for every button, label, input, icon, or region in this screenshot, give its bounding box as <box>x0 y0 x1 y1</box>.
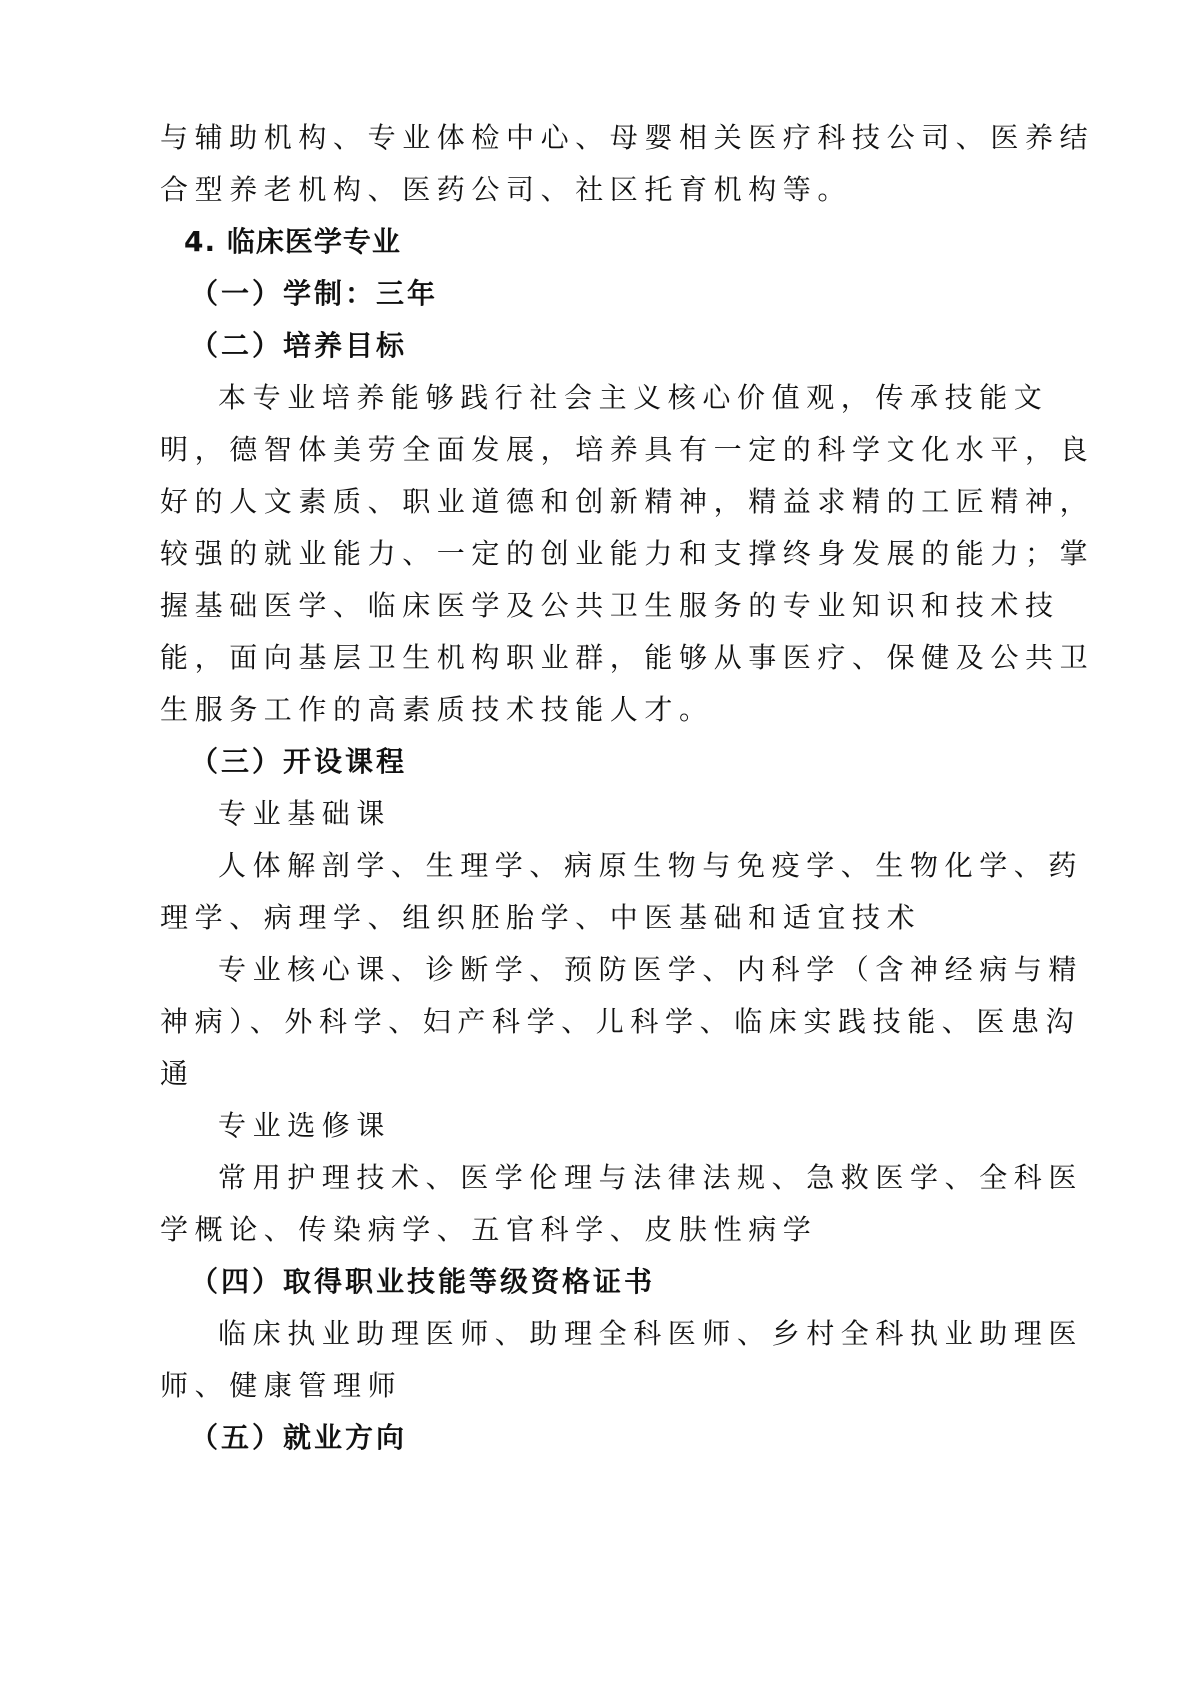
paragraph-line: 生服务工作的高素质技术技能人才。 <box>160 690 960 730</box>
course-list-line: 神病）、外科学、妇产科学、儿科学、临床实践技能、医患沟 <box>160 1002 960 1042</box>
subsection-heading-certificates: （四）取得职业技能等级资格证书 <box>190 1262 990 1302</box>
continuation-line: 合型养老机构、医药公司、社区托育机构等。 <box>160 170 960 210</box>
continuation-line: 与辅助机构、专业体检中心、母婴相关医疗科技公司、医养结 <box>160 118 960 158</box>
section-title: 4. 临床医学专业 <box>184 222 984 262</box>
course-list-line: 通 <box>160 1054 960 1094</box>
paragraph-line: 能，面向基层卫生机构职业群，能够从事医疗、保健及公共卫 <box>160 638 960 678</box>
paragraph-line: 明，德智体美劳全面发展，培养具有一定的科学文化水平，良 <box>160 430 960 470</box>
course-list-line: 常用护理技术、医学伦理与法律法规、急救医学、全科医 <box>218 1158 1018 1198</box>
course-list-line: 学概论、传染病学、五官科学、皮肤性病学 <box>160 1210 960 1250</box>
paragraph-line: 本专业培养能够践行社会主义核心价值观，传承技能文 <box>218 378 1018 418</box>
paragraph-line: 较强的就业能力、一定的创业能力和支撑终身发展的能力；掌 <box>160 534 960 574</box>
course-list-line: 专业核心课、诊断学、预防医学、内科学（含神经病与精 <box>218 950 1018 990</box>
course-list-line: 理学、病理学、组织胚胎学、中医基础和适宜技术 <box>160 898 960 938</box>
subsection-heading-courses: （三）开设课程 <box>190 742 990 782</box>
document-page: 与辅助机构、专业体检中心、母婴相关医疗科技公司、医养结 合型养老机构、医药公司、… <box>0 0 1191 1684</box>
course-group-label-elective: 专业选修课 <box>218 1106 1018 1146</box>
certificate-line: 师、健康管理师 <box>160 1366 960 1406</box>
paragraph-line: 握基础医学、临床医学及公共卫生服务的专业知识和技术技 <box>160 586 960 626</box>
subsection-heading-duration: （一）学制：三年 <box>190 274 990 314</box>
course-list-line: 人体解剖学、生理学、病原生物与免疫学、生物化学、药 <box>218 846 1018 886</box>
subsection-heading-goals: （二）培养目标 <box>190 326 990 366</box>
paragraph-line: 好的人文素质、职业道德和创新精神，精益求精的工匠精神， <box>160 482 960 522</box>
certificate-line: 临床执业助理医师、助理全科医师、乡村全科执业助理医 <box>218 1314 1018 1354</box>
subsection-heading-employment: （五）就业方向 <box>190 1418 990 1458</box>
course-group-label-basic: 专业基础课 <box>218 794 1018 834</box>
